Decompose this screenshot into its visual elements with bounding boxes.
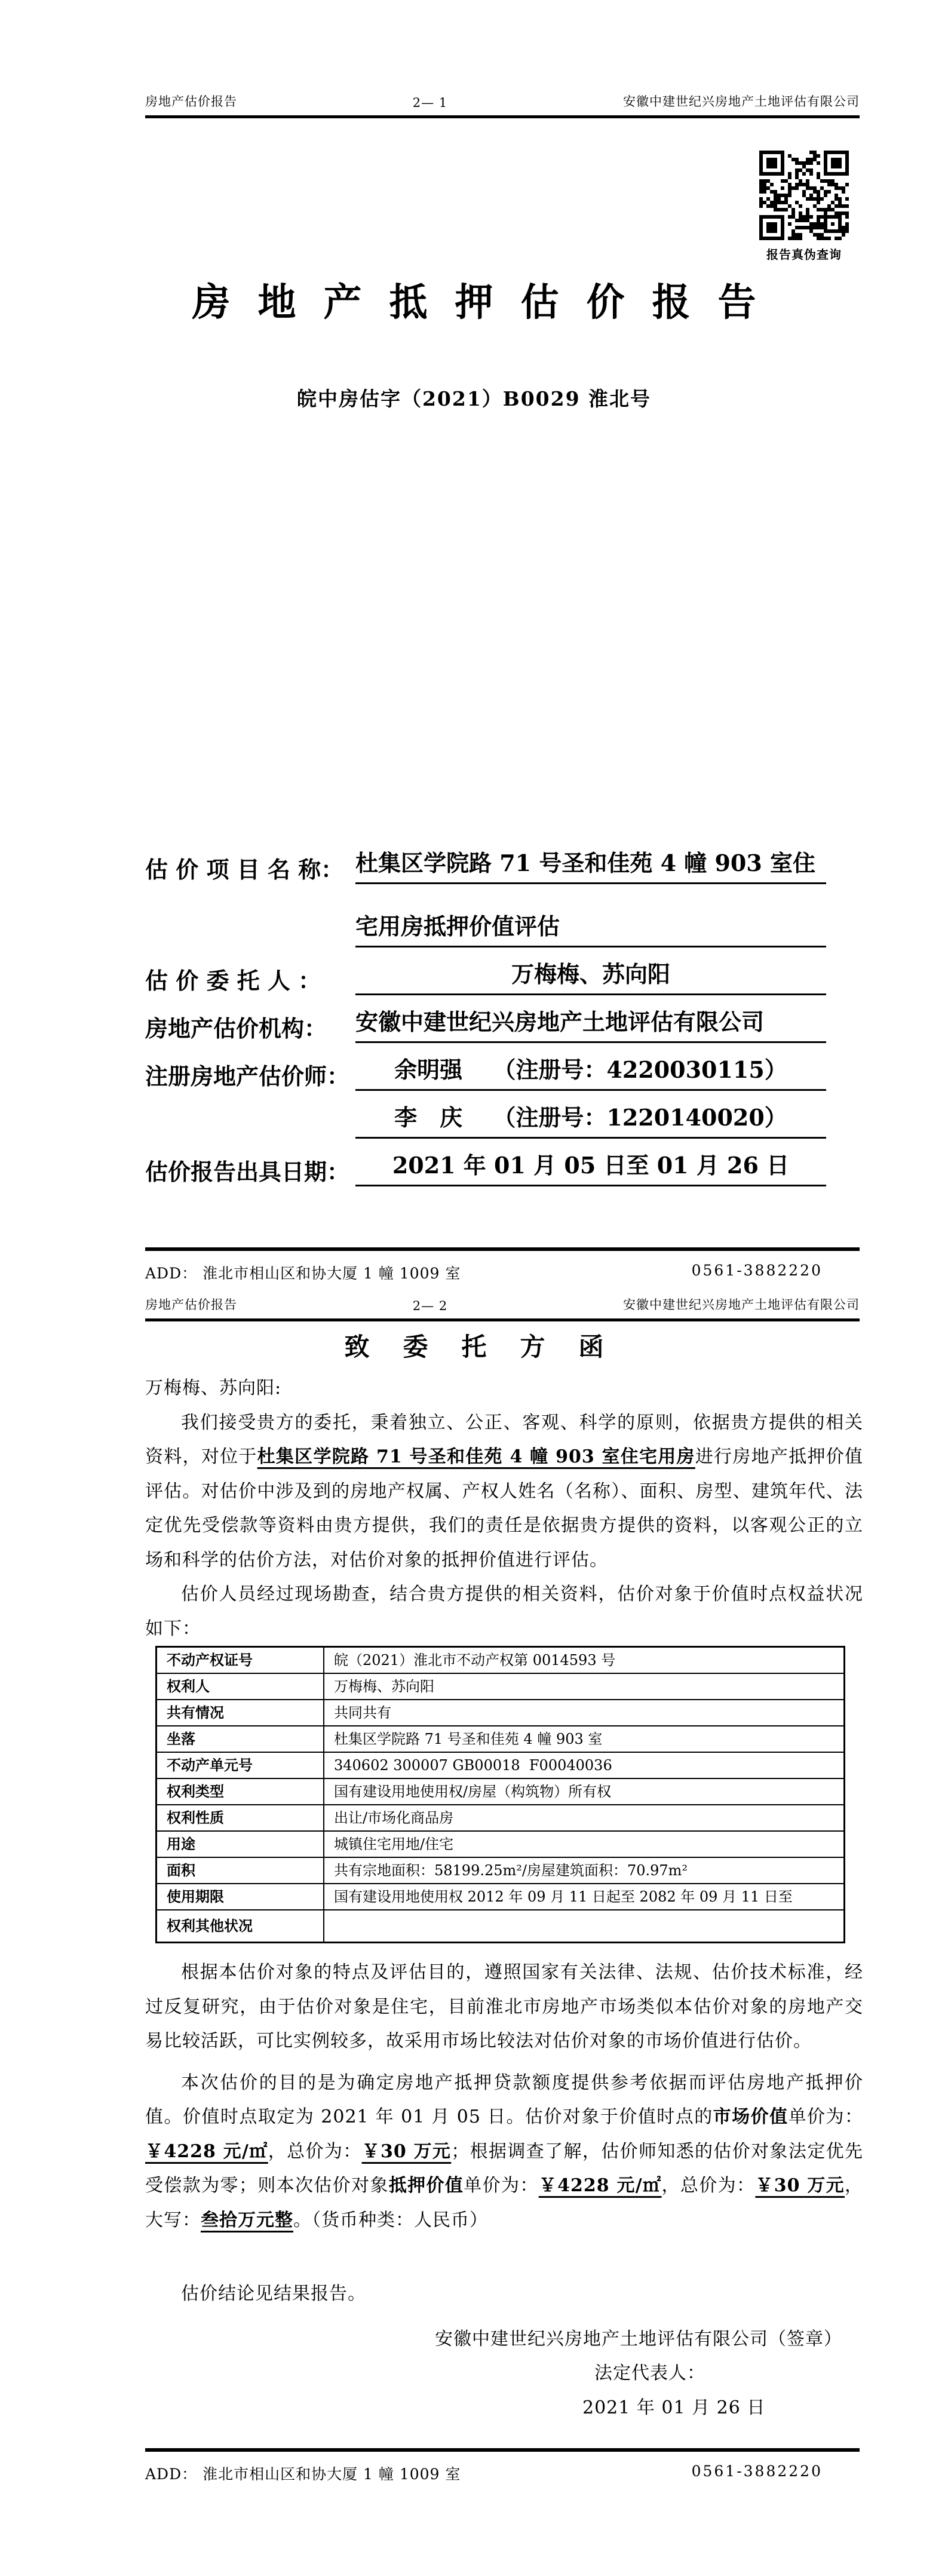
- header-company-name: 安徽中建世纪兴房地产土地评估有限公司: [623, 1295, 860, 1313]
- table-key: 不动产单元号: [157, 1752, 324, 1778]
- table-value: 皖（2021）淮北市不动产权第 0014593 号: [324, 1647, 845, 1674]
- text-segment: ，总价为：: [662, 2175, 756, 2196]
- table-value: 城镇住宅用地/住宅: [324, 1831, 845, 1857]
- table-row: 权利类型国有建设用地使用权/房屋（构筑物）所有权: [157, 1778, 845, 1805]
- text-segment: 杜集区学院路 71 号圣和佳苑 4 幢 903 室住宅用房: [257, 1446, 695, 1467]
- field-row: 宅用房抵押价值评估: [145, 900, 826, 947]
- table-value: 出让/市场化商品房: [324, 1805, 845, 1831]
- field-value: 万梅梅、苏向阳: [355, 956, 826, 995]
- paragraph: 本次估价的目的是为确定房地产抵押贷款额度提供参考依据而评估房地产抵押价值。价值时…: [145, 2066, 863, 2238]
- field-row: 注册房地产估价师：余明强 （注册号：4220030115）: [145, 1043, 826, 1091]
- page-title: 房地产抵押估价报告: [0, 272, 948, 327]
- qr-caption: 报告真伪查询: [756, 245, 852, 262]
- header-page-number: 2— 1: [413, 96, 447, 110]
- table-row: 使用期限国有建设用地使用权 2012 年 09 月 11 日起至 2082 年 …: [157, 1884, 845, 1910]
- paragraphs-after-table: 根据本估价对象的特点及评估目的，遵照国家有关法律、法规、估价技术标准，经过反复研…: [145, 1955, 863, 2311]
- table-value: 国有建设用地使用权 2012 年 09 月 11 日起至 2082 年 09 月…: [324, 1884, 845, 1910]
- field-value: 杜集区学院路 71 号圣和佳苑 4 幢 903 室住: [355, 845, 826, 884]
- paragraph: 估价结论见结果报告。: [145, 2277, 863, 2311]
- field-label: 估价报告出具日期：: [145, 1154, 355, 1186]
- table-row: 权利性质出让/市场化商品房: [157, 1805, 845, 1831]
- paragraph: 估价人员经过现场勘查，结合贵方提供的相关资料，估价对象于价值时点权益状况如下：: [145, 1577, 863, 1646]
- table-row: 共有情况共同共有: [157, 1700, 845, 1726]
- table-key: 使用期限: [157, 1884, 324, 1910]
- text-segment: 市场价值: [713, 2106, 789, 2127]
- text-segment: 估价人员经过现场勘查，结合贵方提供的相关资料，估价对象于价值时点权益状况如下：: [145, 1584, 863, 1639]
- text-segment: ￥30 万元: [362, 2141, 452, 2162]
- text-segment: 。（货币种类：人民币）: [293, 2210, 488, 2231]
- text-segment: 单价为：: [789, 2106, 863, 2127]
- footer-phone: 0561-3882220: [692, 2462, 860, 2484]
- table-key: 用途: [157, 1831, 324, 1857]
- field-label: 估 价 项 目 名 称：: [145, 851, 355, 884]
- table-value: 共同共有: [324, 1700, 845, 1726]
- page2-header: 房地产估价报告 2— 2 安徽中建世纪兴房地产土地评估有限公司: [145, 1295, 860, 1321]
- rights-table: 不动产权证号皖（2021）淮北市不动产权第 0014593 号权利人万梅梅、苏向…: [155, 1646, 845, 1943]
- text-segment: ￥4228 元/㎡: [145, 2141, 268, 2162]
- field-row: 估 价 项 目 名 称：杜集区学院路 71 号圣和佳苑 4 幢 903 室住: [145, 836, 826, 884]
- field-rows: 估 价 项 目 名 称：杜集区学院路 71 号圣和佳苑 4 幢 903 室住宅用…: [145, 836, 826, 1186]
- field-row: 估价报告出具日期：2021 年 01 月 05 日至 01 月 26 日: [145, 1139, 826, 1186]
- table-key: 面积: [157, 1857, 324, 1884]
- page1-header: 房地产估价报告 2— 1 安徽中建世纪兴房地产土地评估有限公司: [145, 92, 860, 118]
- table-value: 国有建设用地使用权/房屋（构筑物）所有权: [324, 1778, 845, 1805]
- footer-address: ADD： 淮北市相山区和协大厦 1 幢 1009 室: [145, 2462, 461, 2484]
- letter-body: 万梅梅、苏向阳: 我们接受贵方的委托，秉着独立、公正、客观、科学的原则，依据贵方…: [145, 1371, 863, 2425]
- salutation: 万梅梅、苏向阳:: [145, 1371, 863, 1406]
- signature-company: 安徽中建世纪兴房地产土地评估有限公司（签章）: [145, 2322, 863, 2357]
- table-value: 杜集区学院路 71 号圣和佳苑 4 幢 903 室: [324, 1726, 845, 1752]
- table-key: 权利其他状况: [157, 1910, 324, 1943]
- appraisal-report-document: { "page1": { "header": { "left": "房地产估价报…: [0, 0, 948, 2576]
- text-segment: 叁拾万元整: [201, 2210, 293, 2231]
- signature-date: 2021 年 01 月 26 日: [582, 2391, 863, 2425]
- letter-title: 致委托方函: [0, 1327, 948, 1363]
- table-key: 权利人: [157, 1673, 324, 1700]
- text-segment: ，总价为：: [268, 2141, 362, 2162]
- field-label: 房地产估价机构：: [145, 1010, 355, 1043]
- field-label: 注册房地产估价师：: [145, 1058, 355, 1091]
- text-segment: ￥4228 元/㎡: [539, 2175, 662, 2196]
- text-segment: 单价为：: [464, 2175, 538, 2196]
- field-value: 余明强 （注册号：4220030115）: [355, 1051, 826, 1091]
- field-value: 李 庆 （注册号：1220140020）: [355, 1099, 826, 1139]
- page1-footer: ADD： 淮北市相山区和协大厦 1 幢 1009 室 0561-3882220: [145, 1247, 860, 1283]
- table-row: 用途城镇住宅用地/住宅: [157, 1831, 845, 1857]
- report-number: 皖中房估字（2021）B0029 淮北号: [0, 384, 948, 412]
- table-key: 权利类型: [157, 1778, 324, 1805]
- header-doc-title: 房地产估价报告: [145, 92, 237, 110]
- header-doc-title: 房地产估价报告: [145, 1295, 237, 1313]
- paragraph: 根据本估价对象的特点及评估目的，遵照国家有关法律、法规、估价技术标准，经过反复研…: [145, 1955, 863, 2059]
- qr-block: 报告真伪查询: [756, 151, 852, 262]
- field-label: 估 价 委 托 人 ：: [145, 962, 355, 995]
- text-segment: 根据本估价对象的特点及评估目的，遵照国家有关法律、法规、估价技术标准，经过反复研…: [145, 1962, 863, 2051]
- table-value: 共有宗地面积：58199.25m²/房屋建筑面积：70.97m²: [324, 1857, 845, 1884]
- table-key: 共有情况: [157, 1700, 324, 1726]
- text-segment: 抵押价值: [389, 2175, 464, 2196]
- table-row: 权利人万梅梅、苏向阳: [157, 1673, 845, 1700]
- table-key: 不动产权证号: [157, 1647, 324, 1674]
- footer-address: ADD： 淮北市相山区和协大厦 1 幢 1009 室: [145, 1262, 461, 1283]
- table-value: 340602 300007 GB00018 F00040036: [324, 1752, 845, 1778]
- field-value: 宅用房抵押价值评估: [355, 908, 826, 947]
- table-row: 坐落杜集区学院路 71 号圣和佳苑 4 幢 903 室: [157, 1726, 845, 1752]
- footer-phone: 0561-3882220: [692, 1262, 860, 1283]
- header-page-number: 2— 2: [413, 1299, 447, 1313]
- signature-legal-rep: 法定代表人：: [594, 2356, 863, 2391]
- text-segment: ￥30 万元: [755, 2175, 845, 2196]
- field-row: 李 庆 （注册号：1220140020）: [145, 1091, 826, 1139]
- table-key: 坐落: [157, 1726, 324, 1752]
- page2-footer: ADD： 淮北市相山区和协大厦 1 幢 1009 室 0561-3882220: [145, 2448, 860, 2484]
- field-value: 2021 年 01 月 05 日至 01 月 26 日: [355, 1147, 826, 1186]
- paragraph: 我们接受贵方的委托，秉着独立、公正、客观、科学的原则，依据贵方提供的相关资料，对…: [145, 1406, 863, 1578]
- field-row: 房地产估价机构：安徽中建世纪兴房地产土地评估有限公司: [145, 995, 826, 1043]
- table-value: [324, 1910, 845, 1943]
- table-row: 不动产单元号340602 300007 GB00018 F00040036: [157, 1752, 845, 1778]
- header-company-name: 安徽中建世纪兴房地产土地评估有限公司: [623, 92, 860, 110]
- qr-code-icon: [756, 151, 852, 240]
- table-row: 面积共有宗地面积：58199.25m²/房屋建筑面积：70.97m²: [157, 1857, 845, 1884]
- field-value: 安徽中建世纪兴房地产土地评估有限公司: [355, 1004, 826, 1043]
- paragraphs-before-table: 我们接受贵方的委托，秉着独立、公正、客观、科学的原则，依据贵方提供的相关资料，对…: [145, 1406, 863, 1646]
- table-value: 万梅梅、苏向阳: [324, 1673, 845, 1700]
- signature-block: 安徽中建世纪兴房地产土地评估有限公司（签章） 法定代表人： 2021 年 01 …: [145, 2322, 863, 2425]
- table-key: 权利性质: [157, 1805, 324, 1831]
- field-row: 估 价 委 托 人 ：万梅梅、苏向阳: [145, 947, 826, 995]
- table-row: 不动产权证号皖（2021）淮北市不动产权第 0014593 号: [157, 1647, 845, 1674]
- text-segment: 估价结论见结果报告。: [181, 2283, 366, 2304]
- table-row: 权利其他状况: [157, 1910, 845, 1943]
